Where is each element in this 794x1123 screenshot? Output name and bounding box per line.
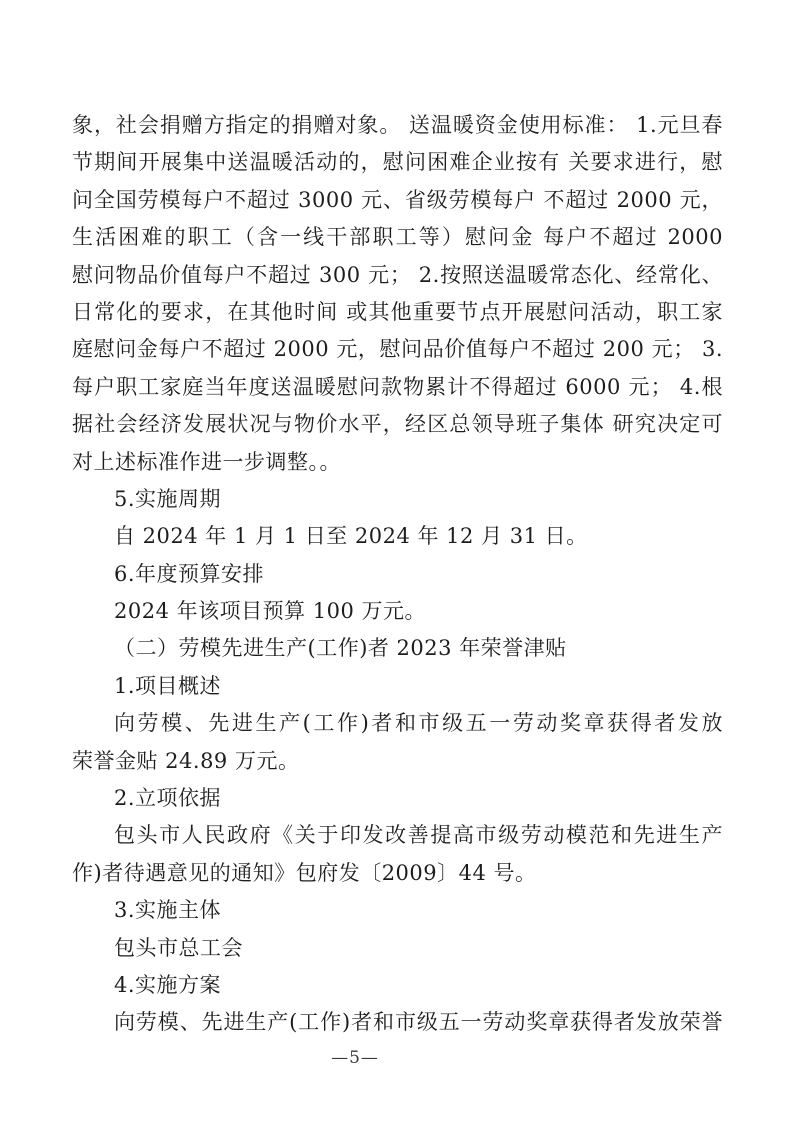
text-line: 2.立项依据 (72, 780, 723, 817)
text-line: 象，社会捐赠方指定的捐赠对象。 送温暖资金使用标准： 1.元旦春 (72, 107, 723, 144)
text-line: 生活困难的职工（含一线干部职工等）慰问金 每户不超过 2000 元， (72, 219, 723, 256)
text-line: 荣誉金贴 24.89 万元。 (72, 743, 723, 780)
text-line: 日常化的要求，在其他时间 或其他重要节点开展慰问活动，职工家 (72, 294, 723, 331)
text-line: 4.实施方案 (72, 967, 723, 1004)
text-line: 据社会经济发展状况与物价水平，经区总领导班子集体 研究决定可 (72, 406, 723, 443)
document-body: 象，社会捐赠方指定的捐赠对象。 送温暖资金使用标准： 1.元旦春节期间开展集中送… (72, 107, 723, 1042)
text-line: 1.项目概述 (72, 668, 723, 705)
text-line: 6.年度预算安排 (72, 556, 723, 593)
text-line: （二）劳模先进生产(工作)者 2023 年荣誉津贴 (72, 630, 723, 667)
text-line: 向劳模、先进生产(工作)者和市级五一劳动奖章获得者发放荣誉 (72, 1004, 723, 1041)
text-line: 庭慰问金每户不超过 2000 元，慰问品价值每户不超过 200 元； 3. (72, 331, 723, 368)
text-line: 自 2024 年 1 月 1 日至 2024 年 12 月 31 日。 (72, 518, 723, 555)
text-line: 3.实施主体 (72, 892, 723, 929)
document-page: 象，社会捐赠方指定的捐赠对象。 送温暖资金使用标准： 1.元旦春节期间开展集中送… (0, 0, 794, 1123)
page-number: —5— (300, 1048, 410, 1068)
text-line: 慰问物品价值每户不超过 300 元； 2.按照送温暖常态化、经常化、 (72, 257, 723, 294)
text-line: 每户职工家庭当年度送温暖慰问款物累计不得超过 6000 元； 4.根 (72, 369, 723, 406)
text-line: 2024 年该项目预算 100 万元。 (72, 593, 723, 630)
text-line: 节期间开展集中送温暖活动的，慰问困难企业按有 关要求进行，慰 (72, 144, 723, 181)
text-line: 包头市人民政府《关于印发改善提高市级劳动模范和先进生产(工 (72, 817, 723, 854)
text-line: 包头市总工会 (72, 930, 723, 967)
text-line: 5.实施周期 (72, 481, 723, 518)
text-line: 问全国劳模每户不超过 3000 元、省级劳模每户 不超过 2000 元， (72, 182, 723, 219)
text-line: 对上述标准作进一步调整。。 (72, 444, 723, 481)
text-line: 向劳模、先进生产(工作)者和市级五一劳动奖章获得者发放 (72, 705, 723, 742)
text-line: 作)者待遇意见的通知》包府发〔2009〕44 号。 (72, 855, 723, 892)
